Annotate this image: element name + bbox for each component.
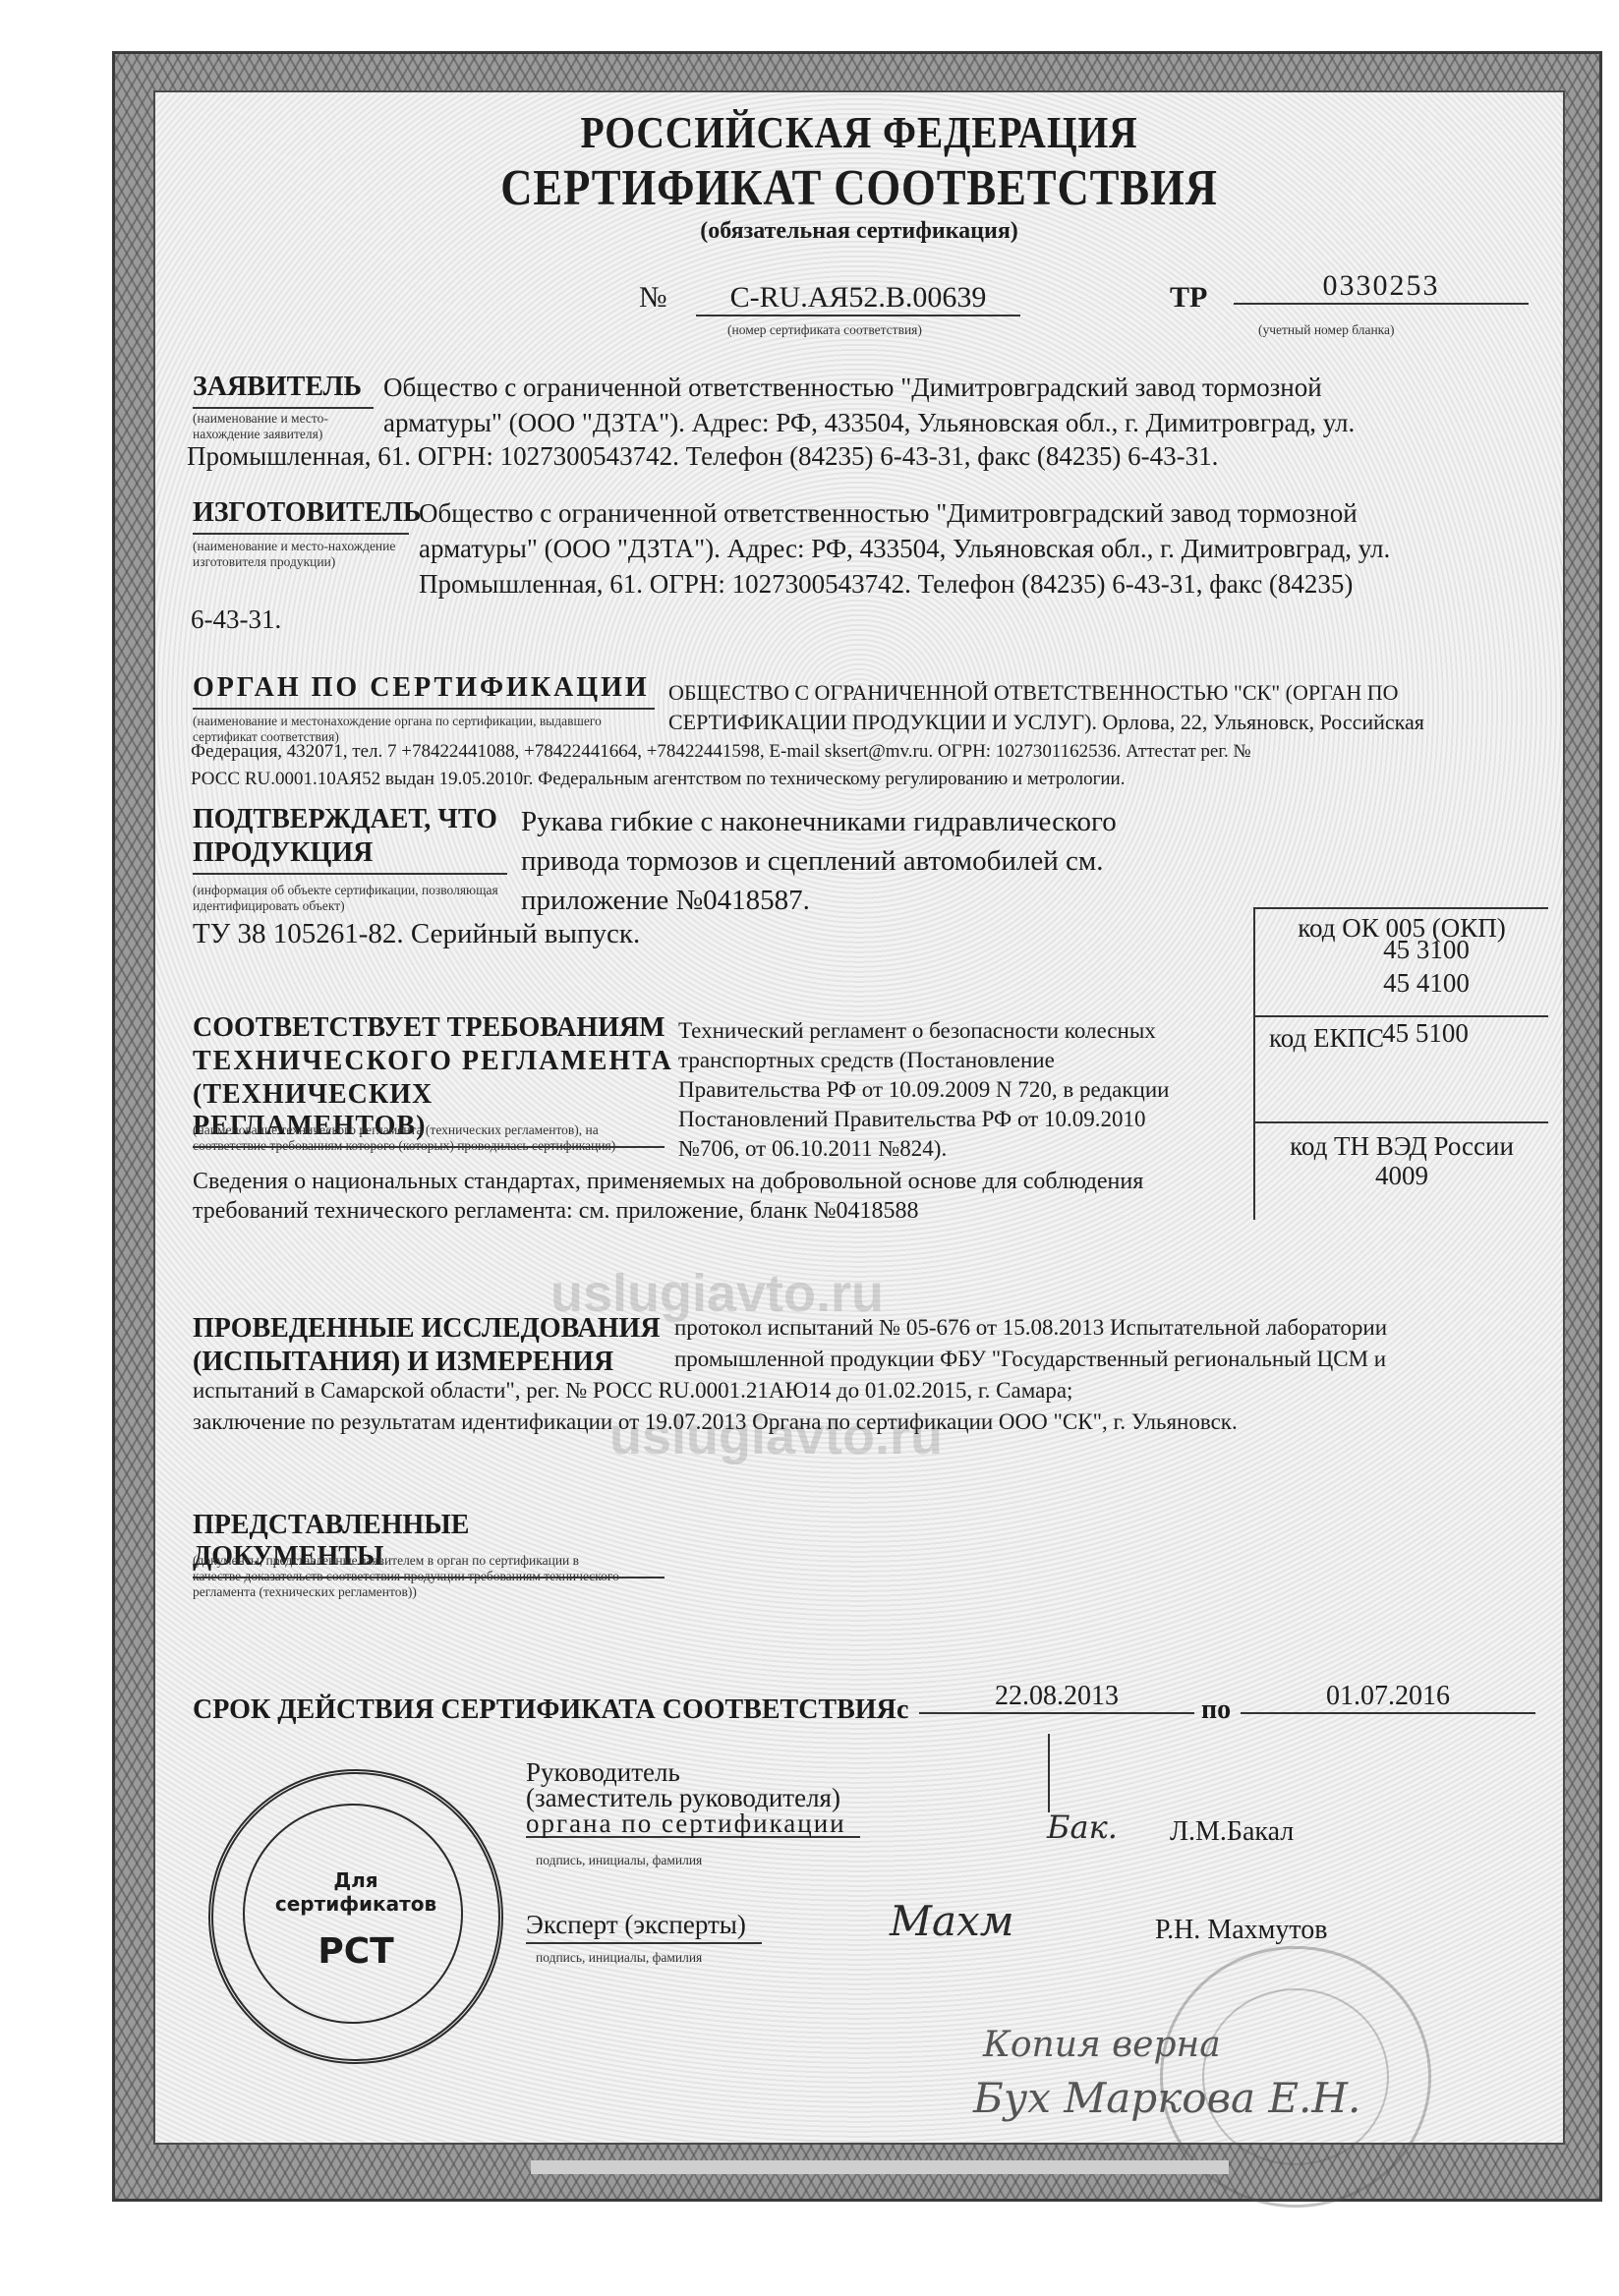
- compliance-line: транспортных средств (Постановление: [678, 1046, 1055, 1075]
- document-title: СЕРТИФИКАТ СООТВЕТСТВИЯ: [253, 159, 1467, 217]
- okp-code-value: 45 4100: [1304, 968, 1548, 998]
- product-label: ПОДТВЕРЖДАЕТ, ЧТО: [193, 804, 497, 835]
- standards-line: требований технического регламента: см. …: [193, 1197, 919, 1226]
- applicant-line: Общество с ограниченной ответственностью…: [383, 370, 1322, 405]
- product-line: привода тормозов и сцеплений автомобилей…: [521, 843, 1104, 879]
- applicant-line: Промышленная, 61. ОГРН: 1027300543742. Т…: [187, 438, 1218, 474]
- certification-stamp: Для сертификатов РСТ: [208, 1769, 503, 2064]
- manufacturer-line: 6-43-31.: [191, 602, 281, 637]
- validity-to-date: 01.07.2016: [1241, 1681, 1535, 1714]
- tests-label: (ИСПЫТАНИЯ) И ИЗМЕРЕНИЯ: [193, 1347, 613, 1378]
- expert-label: Эксперт (эксперты): [526, 1907, 762, 1944]
- stamp-text: Для: [213, 1868, 498, 1892]
- tr-prefix: ТР: [1170, 281, 1207, 315]
- validity-label: СРОК ДЕЙСТВИЯ СЕРТИФИКАТА СООТВЕТСТВИЯ: [193, 1694, 896, 1726]
- product-caption: (информация об объекте сертификации, поз…: [193, 883, 517, 914]
- head-name: Л.М.Бакал: [1170, 1814, 1294, 1850]
- certification-body-label: ОРГАН ПО СЕРТИФИКАЦИИ: [193, 672, 655, 710]
- country-heading: РОССИЙСКАЯ ФЕДЕРАЦИЯ: [253, 106, 1467, 158]
- head-signature: Бак.: [1047, 1808, 1118, 1846]
- compliance-label: ТЕХНИЧЕСКОГО РЕГЛАМЕНТА: [193, 1046, 673, 1077]
- validity-from-date: 22.08.2013: [919, 1681, 1194, 1714]
- validity-to-prefix: по: [1201, 1694, 1231, 1726]
- document-subtitle: (обязательная сертификация): [153, 218, 1565, 245]
- tests-line: протокол испытаний № 05-676 от 15.08.201…: [674, 1313, 1387, 1342]
- tests-line: промышленной продукции ФБУ "Государствен…: [674, 1345, 1386, 1373]
- head-label: Руководитель (заместитель руководителя) …: [526, 1759, 860, 1838]
- compliance-line: Правительства РФ от 10.09.2009 N 720, в …: [678, 1075, 1169, 1105]
- certification-body-line: СЕРТИФИКАЦИИ ПРОДУКЦИИ И УСЛУГ). Орлова,…: [668, 708, 1424, 736]
- compliance-label: СООТВЕТСТВУЕТ ТРЕБОВАНИЯМ: [193, 1012, 665, 1044]
- expert-caption: подпись, инициалы, фамилия: [536, 1950, 702, 1966]
- standards-line: Сведения о национальных стандартах, прим…: [193, 1168, 1143, 1196]
- copy-note: Копия верна: [983, 2025, 1221, 2065]
- product-line: Рукава гибкие с наконечниками гидравличе…: [521, 804, 1117, 839]
- certificate-number: C-RU.АЯ52.В.00639: [696, 281, 1020, 316]
- validity-from-prefix: с: [896, 1694, 908, 1726]
- copy-note: Бух Маркова Е.Н.: [973, 2074, 1360, 2122]
- certification-body-line: Федерация, 432071, тел. 7 +78422441088, …: [191, 737, 1251, 766]
- compliance-line: Постановлений Правительства РФ от 10.09.…: [678, 1105, 1145, 1134]
- ektps-code-box: код ЕКПС: [1253, 1015, 1548, 1121]
- manufacturer-line: Общество с ограниченной ответственностью…: [419, 495, 1358, 531]
- ektps-code-label: код ЕКПС: [1269, 1023, 1384, 1053]
- manufacturer-caption: (наименование и место-нахождение изготов…: [193, 539, 399, 570]
- product-spec: ТУ 38 105261-82. Серийный выпуск.: [193, 916, 640, 951]
- rst-logo-icon: РСТ: [302, 1931, 410, 1972]
- expert-name: Р.Н. Махмутов: [1155, 1913, 1327, 1948]
- blank-number-caption: (учетный номер бланка): [1258, 322, 1395, 338]
- compliance-caption: (наименование технического регламента (т…: [193, 1122, 645, 1154]
- compliance-line: №706, от 06.10.2011 №824).: [678, 1134, 947, 1164]
- certificate-number-caption: (номер сертификата соответствия): [727, 322, 922, 338]
- certificate-number-prefix: №: [639, 281, 667, 315]
- compliance-line: Технический регламент о безопасности кол…: [678, 1016, 1156, 1046]
- tnved-code-value: 4009: [1255, 1161, 1548, 1190]
- head-caption: подпись, инициалы, фамилия: [536, 1853, 702, 1868]
- applicant-label: ЗАЯВИТЕЛЬ: [193, 372, 374, 409]
- tnved-code-label: код ТН ВЭД России: [1255, 1131, 1548, 1161]
- tests-line: заключение по результатам идентификации …: [193, 1407, 1238, 1436]
- documents-caption: (документы, представленные заявителем в …: [193, 1553, 625, 1600]
- tests-line: испытаний в Самарской области", рег. № Р…: [193, 1376, 1072, 1405]
- manufacturer-line: арматуры" (ООО "ДЗТА"). Адрес: РФ, 43350…: [419, 531, 1390, 566]
- tnved-code-box: код ТН ВЭД России 4009: [1253, 1121, 1548, 1220]
- product-label: ПРОДУКЦИЯ: [193, 837, 507, 875]
- stamp-text: сертификатов: [213, 1892, 498, 1916]
- expert-signature: Махм: [890, 1897, 1014, 1945]
- okp-code-box: код ОК 005 (ОКП) 45 3100 45 4100: [1253, 907, 1548, 1015]
- tests-label: ПРОВЕДЕННЫЕ ИССЛЕДОВАНИЯ: [193, 1313, 661, 1345]
- applicant-line: арматуры" (ООО "ДЗТА"). Адрес: РФ, 43350…: [383, 405, 1355, 440]
- certification-body-line: РОСС RU.0001.10АЯ52 выдан 19.05.2010г. Ф…: [191, 765, 1125, 793]
- manufacturer-line: Промышленная, 61. ОГРН: 1027300543742. Т…: [419, 566, 1353, 602]
- printer-imprint: [531, 2160, 1229, 2174]
- blank-number: 0330253: [1234, 269, 1529, 305]
- product-line: приложение №0418587.: [521, 883, 810, 918]
- manufacturer-label: ИЗГОТОВИТЕЛЬ: [193, 497, 409, 535]
- certification-body-line: ОБЩЕСТВО С ОГРАНИЧЕННОЙ ОТВЕТСТВЕННОСТЬЮ…: [668, 678, 1399, 707]
- signature-stroke: [1048, 1734, 1050, 1812]
